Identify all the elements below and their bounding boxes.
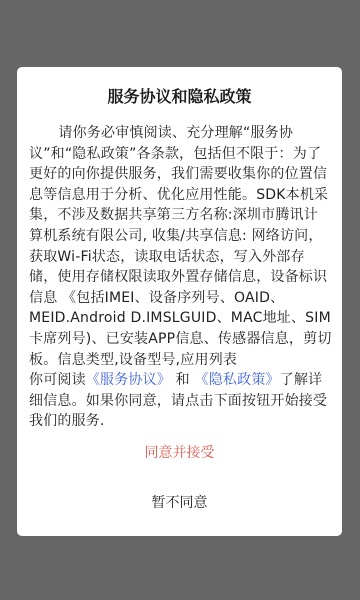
privacy-policy-dialog: 服务协议和隐私政策 请你务必审慎阅读、充分理解“服务协议”和“隐私政策”各条款，… — [17, 67, 342, 536]
links-prefix: 你可阅读 — [29, 372, 86, 388]
terms-links-paragraph: 你可阅读《服务协议》 和 《隐私政策》了解详细信息。如果你同意，请点击下面按钮开… — [29, 370, 332, 432]
agree-and-accept-button[interactable]: 同意并接受 — [17, 441, 342, 463]
dialog-title: 服务协议和隐私政策 — [17, 87, 342, 107]
dialog-body: 请你务必审慎阅读、充分理解“服务协议”和“隐私政策”各条款，包括但不限于：为了更… — [29, 123, 332, 432]
terms-description: 请你务必审慎阅读、充分理解“服务协议”和“隐私政策”各条款，包括但不限于：为了更… — [29, 123, 332, 370]
links-conjunction: 和 — [171, 372, 195, 388]
service-agreement-link[interactable]: 《服务协议》 — [86, 372, 171, 388]
decline-button[interactable]: 暂不同意 — [17, 491, 342, 513]
privacy-policy-link[interactable]: 《隐私政策》 — [195, 372, 280, 388]
